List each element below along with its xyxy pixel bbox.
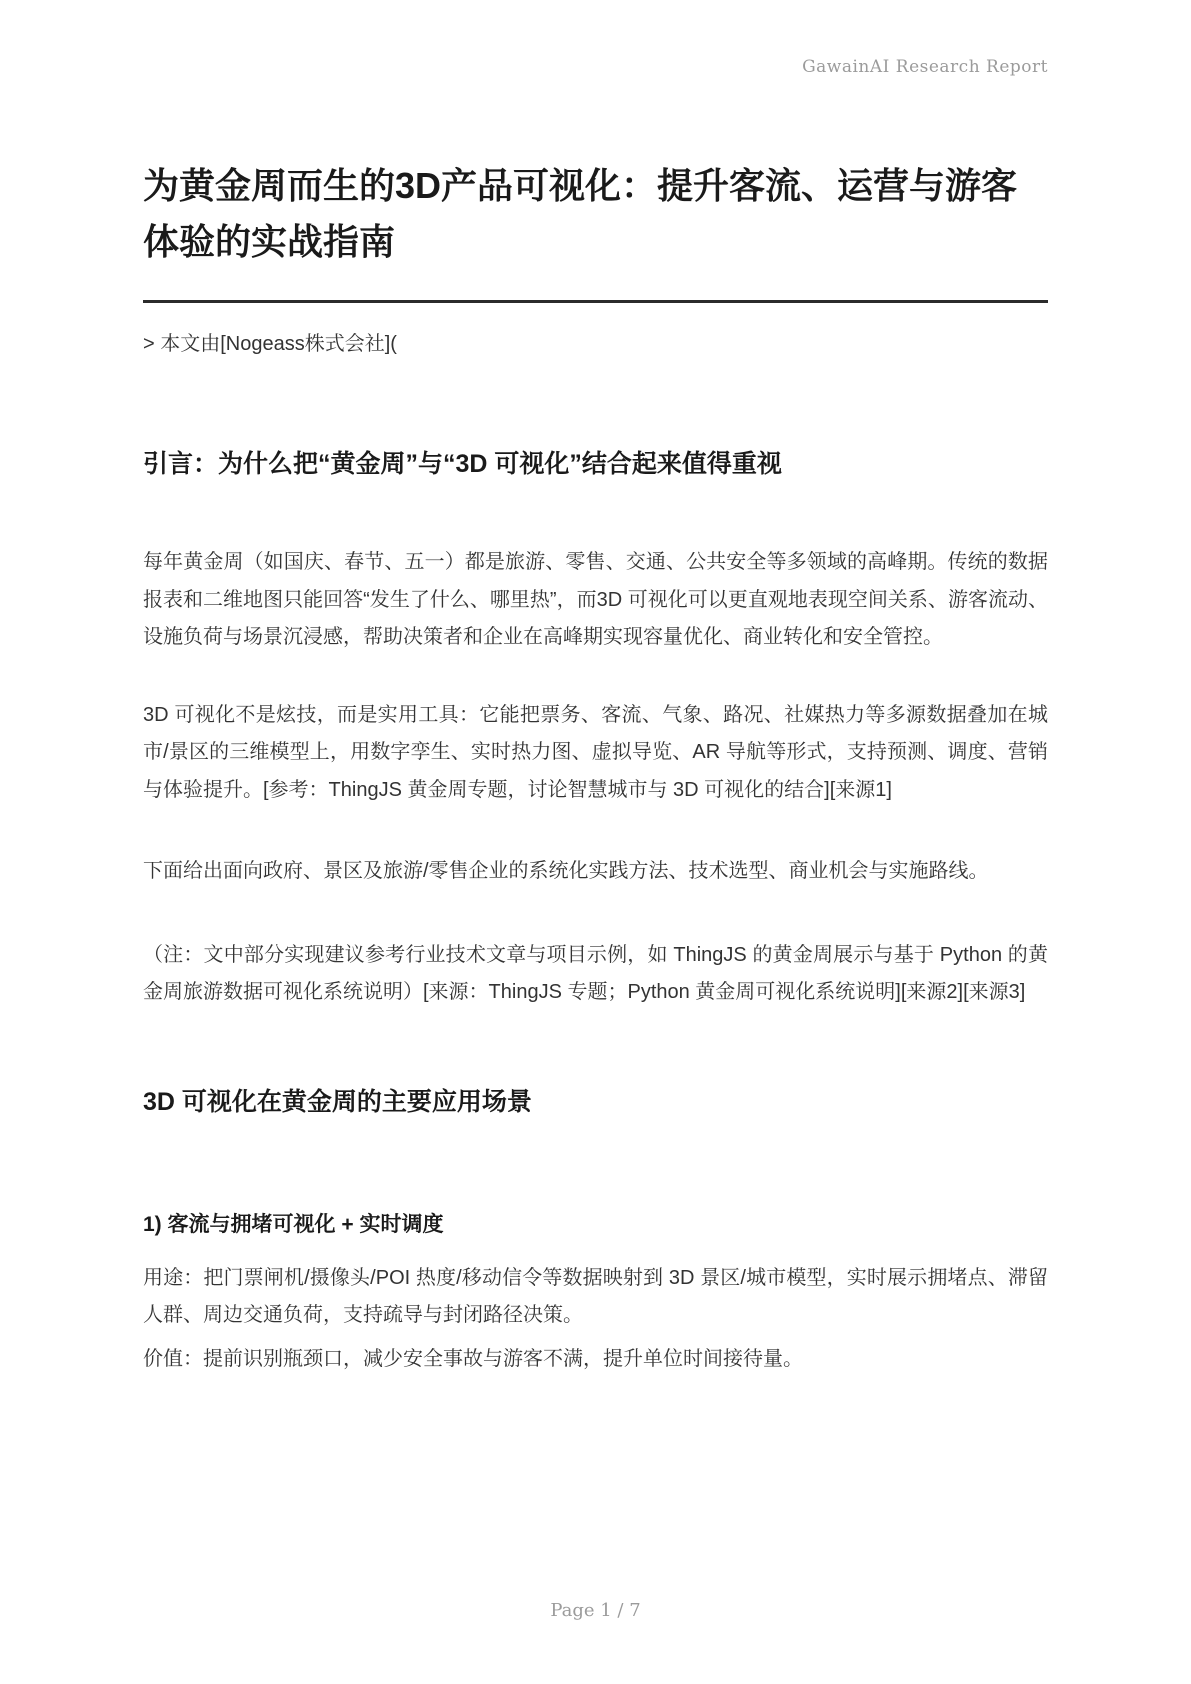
document-page: GawainAI Research Report 为黄金周而生的3D产品可视化：… <box>0 0 1191 1684</box>
section-heading-intro: 引言：为什么把“黄金周”与“3D 可视化”结合起来值得重视 <box>143 446 1048 482</box>
title-divider <box>143 300 1048 303</box>
byline: > 本文由[Nogeass株式会社]( <box>143 330 1048 358</box>
section-heading-scenes: 3D 可视化在黄金周的主要应用场景 <box>143 1084 1048 1120</box>
page-footer: Page 1 / 7 <box>0 1598 1191 1624</box>
document-body: 为黄金周而生的3D产品可视化：提升客流、运营与游客体验的实战指南 > 本文由[N… <box>143 0 1048 1378</box>
intro-paragraph-note: （注：文中部分实现建议参考行业技术文章与项目示例，如 ThingJS 的黄金周展… <box>143 937 1048 1012</box>
intro-paragraph-3: 下面给出面向政府、景区及旅游/零售企业的系统化实践方法、技术选型、商业机会与实施… <box>143 853 1048 891</box>
subsection-heading-item1: 1) 客流与拥堵可视化 + 实时调度 <box>143 1210 1048 1240</box>
intro-paragraph-1: 每年黄金周（如国庆、春节、五一）都是旅游、零售、交通、公共安全等多领域的高峰期。… <box>143 544 1048 657</box>
page-number: Page 1 / 7 <box>550 1600 640 1621</box>
document-title: 为黄金周而生的3D产品可视化：提升客流、运营与游客体验的实战指南 <box>143 158 1048 270</box>
item1-usage-paragraph: 用途：把门票闸机/摄像头/POI 热度/移动信令等数据映射到 3D 景区/城市模… <box>143 1260 1048 1335</box>
intro-paragraph-2: 3D 可视化不是炫技，而是实用工具：它能把票务、客流、气象、路况、社媒热力等多源… <box>143 697 1048 810</box>
item1-value-paragraph: 价值：提前识别瓶颈口，减少安全事故与游客不满，提升单位时间接待量。 <box>143 1341 1048 1379</box>
